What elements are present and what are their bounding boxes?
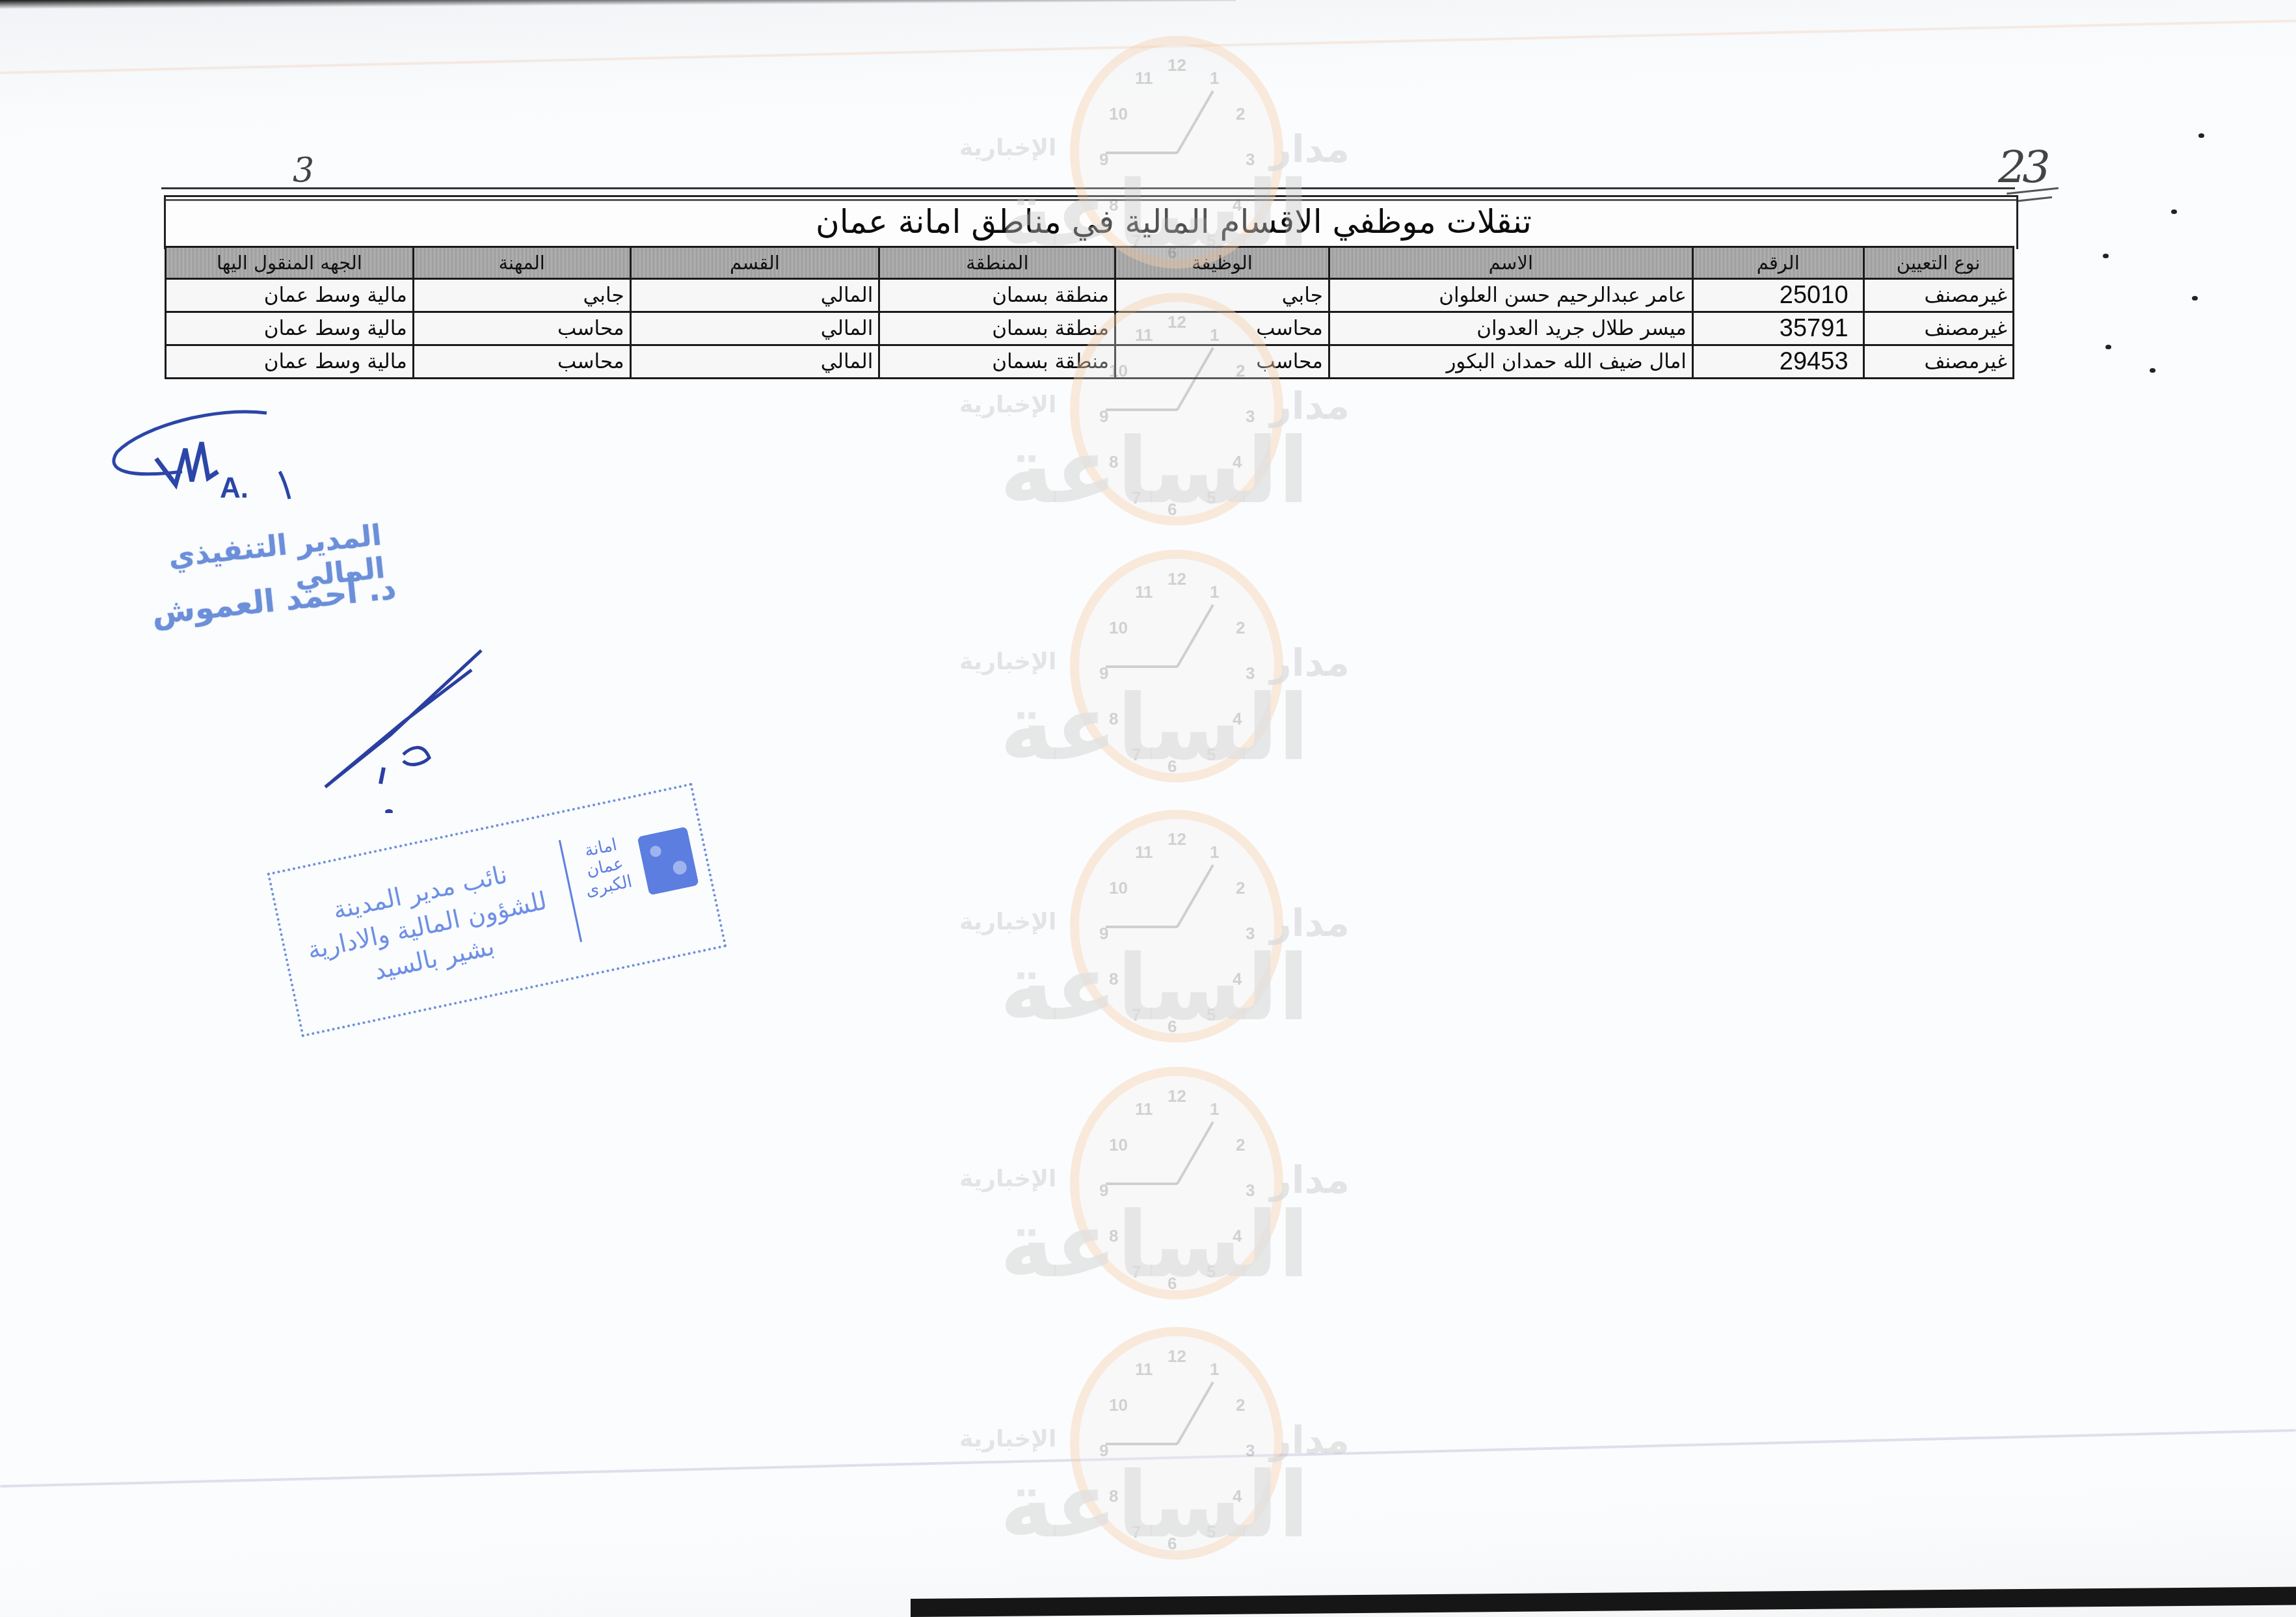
clock-numbers: 121234567891011 (1070, 1327, 1283, 1560)
clock-number: 12 (1168, 1346, 1186, 1367)
clock-hand (1176, 864, 1214, 928)
news-site-watermark: 121234567891011 مدار الإخبارية الساعة (959, 1327, 1350, 1561)
cell-region: منطقة بسمان (879, 345, 1115, 379)
clock-number: 7 (1132, 745, 1141, 765)
clock-number: 4 (1233, 452, 1242, 472)
clock-number: 9 (1099, 407, 1108, 427)
scan-dot (2103, 254, 2109, 258)
cell-job: جابي (1115, 279, 1329, 312)
clock-number: 6 (1168, 1017, 1177, 1037)
clock-number: 3 (1246, 663, 1255, 684)
column-header-department: القسم (630, 247, 879, 279)
news-site-watermark: 121234567891011 مدار الإخبارية الساعة (959, 810, 1350, 1044)
watermark-brand-main: الساعة (959, 680, 1350, 777)
clock-number: 11 (1135, 68, 1153, 88)
cell-destination: مالية وسط عمان (166, 345, 414, 379)
cell-job: محاسب (1115, 312, 1329, 345)
cell-name: عامر عبدالرحيم حسن العلوان (1329, 279, 1692, 312)
cell-name: امال ضيف الله حمدان البكور (1329, 345, 1692, 379)
clock-number: 6 (1168, 1274, 1177, 1294)
clock-number: 7 (1132, 1005, 1141, 1025)
clock-number: 8 (1109, 1486, 1118, 1506)
watermark-brand-news: الإخبارية (959, 135, 1056, 161)
clock-number: 11 (1135, 842, 1153, 862)
cell-number: 25010 (1692, 279, 1863, 312)
cell-department: المالي (630, 312, 879, 345)
scan-artifact-line (0, 1429, 2295, 1488)
cell-department: المالي (630, 345, 879, 379)
cell-number: 29453 (1692, 345, 1863, 379)
watermark-brand-main: الساعة (959, 1457, 1350, 1555)
clock-number: 3 (1246, 150, 1255, 170)
watermark-brand-news: الإخبارية (959, 909, 1056, 935)
scan-dot (2198, 133, 2204, 138)
watermark-brand-news: الإخبارية (959, 648, 1056, 675)
clock-numbers: 121234567891011 (1070, 1067, 1283, 1300)
handwritten-underline (2013, 196, 2052, 202)
clock-number: 5 (1207, 1005, 1216, 1025)
clock-number: 8 (1109, 969, 1118, 989)
clock-number: 10 (1109, 1135, 1128, 1155)
clock-number: 7 (1132, 1262, 1141, 1282)
clock-number: 10 (1109, 618, 1128, 638)
handwritten-page-mark-left: 3 (293, 151, 314, 190)
clock-hand (1106, 408, 1177, 411)
scan-edge-bottom (911, 1586, 2296, 1617)
clock-number: 6 (1168, 756, 1177, 777)
clock-number: 10 (1109, 104, 1128, 124)
clock-number: 7 (1132, 488, 1141, 508)
clock-hand (1176, 604, 1214, 667)
cell-appointment-type: غيرمصنف (1863, 312, 2013, 345)
handwritten-page-mark-right: 23 (1998, 142, 2047, 193)
cell-profession: محاسب (413, 345, 630, 379)
cell-region: منطقة بسمان (879, 312, 1115, 345)
news-site-watermark: 121234567891011 مدار الإخبارية الساعة (959, 1067, 1350, 1301)
clock-number: 3 (1246, 924, 1255, 944)
clock-number: 1 (1210, 842, 1219, 862)
watermark-brand-news: الإخبارية (959, 1166, 1056, 1192)
cell-name: ميسر طلال جريد العدوان (1329, 312, 1692, 345)
clock-watermark-icon (1070, 1327, 1283, 1560)
clock-number: 10 (1109, 1395, 1128, 1415)
scanned-document-page: 3 23 تنقلات موظفي الاقسام المالية في منا… (0, 0, 2296, 1617)
cell-destination: مالية وسط عمان (166, 312, 414, 345)
stamp-role: نائب مدير المدينة للشؤون المالية والادار… (283, 848, 571, 1004)
scan-dot (2150, 368, 2156, 373)
clock-number: 1 (1210, 1099, 1219, 1119)
clock-number: 7 (1132, 1522, 1141, 1542)
watermark-brand-main: الساعة (959, 1197, 1350, 1294)
watermark-brand-main: الساعة (959, 940, 1350, 1037)
watermark-brand-madar: مدار (1270, 641, 1350, 685)
scan-dot (2105, 345, 2111, 349)
clock-numbers: 121234567891011 (1070, 550, 1283, 782)
clock-watermark-icon (1070, 810, 1283, 1043)
column-header-number: الرقم (1692, 247, 1863, 279)
clock-number: 5 (1207, 745, 1216, 765)
clock-number: 3 (1246, 407, 1255, 427)
clock-number: 12 (1168, 569, 1186, 589)
clock-hand (1106, 926, 1177, 928)
watermark-brand-madar: مدار (1270, 384, 1350, 428)
clock-hand (1106, 665, 1177, 668)
clock-hand (1176, 90, 1214, 154)
clock-number: 9 (1099, 663, 1108, 684)
column-header-job: الوظيفة (1115, 247, 1329, 279)
cell-region: منطقة بسمان (879, 279, 1115, 312)
cell-number: 35791 (1692, 312, 1863, 345)
watermark-brand-news: الإخبارية (959, 392, 1056, 418)
cell-appointment-type: غيرمصنف (1863, 279, 2013, 312)
clock-number: 4 (1233, 1486, 1242, 1506)
cell-profession: محاسب (413, 312, 630, 345)
watermark-brand-madar: مدار (1270, 127, 1350, 171)
cell-appointment-type: غيرمصنف (1863, 345, 2013, 379)
clock-number: 11 (1135, 582, 1153, 602)
clock-number: 1 (1210, 1359, 1219, 1380)
clock-watermark-icon (1070, 550, 1283, 782)
amman-municipality-logo-icon (637, 827, 699, 896)
clock-number: 2 (1236, 104, 1245, 124)
clock-numbers: 121234567891011 (1070, 810, 1283, 1043)
clock-number: 1 (1210, 68, 1219, 88)
clock-number: 11 (1135, 1359, 1153, 1380)
clock-number: 2 (1236, 1135, 1245, 1155)
signature-initials: A. (220, 472, 248, 504)
clock-hand (1176, 1382, 1214, 1445)
cell-department: المالي (630, 279, 879, 312)
document-title: تنقلات موظفي الاقسام المالية في مناطق ام… (164, 197, 2014, 247)
clock-number: 12 (1168, 55, 1186, 75)
clock-number: 2 (1236, 1395, 1245, 1415)
table-row: غيرمصنف 25010 عامر عبدالرحيم حسن العلوان… (166, 279, 2014, 312)
clock-watermark-icon (1070, 1067, 1283, 1300)
clock-number: 12 (1168, 829, 1186, 849)
cell-job: محاسب (1115, 345, 1329, 379)
clock-number: 8 (1109, 1226, 1118, 1246)
clock-number: 5 (1207, 1522, 1216, 1542)
transfers-table: نوع التعيين الرقم الاسم الوظيفة المنطقة … (165, 246, 2014, 379)
clock-number: 11 (1135, 1099, 1153, 1119)
scan-dot (2192, 296, 2198, 301)
column-header-profession: المهنة (413, 247, 630, 279)
news-site-watermark: 121234567891011 مدار الإخبارية الساعة (959, 550, 1350, 784)
signature-deputy (312, 644, 494, 813)
watermark-brand-madar: مدار (1270, 1158, 1350, 1202)
watermark-brand-madar: مدار (1270, 901, 1350, 945)
column-header-name: الاسم (1329, 247, 1692, 279)
cell-destination: مالية وسط عمان (166, 279, 414, 312)
watermark-brand-news: الإخبارية (959, 1426, 1056, 1452)
clock-number: 8 (1109, 709, 1118, 729)
clock-number: 4 (1233, 969, 1242, 989)
scan-edge-top (0, 0, 1236, 9)
title-rule (161, 187, 2015, 189)
official-stamp: امانة عمان الكبرى نائب مدير المدينة للشؤ… (267, 782, 727, 1037)
column-header-destination: الجهه المنقول اليها (166, 247, 414, 279)
clock-number: 8 (1109, 452, 1118, 472)
clock-number: 3 (1246, 1441, 1255, 1461)
clock-number: 12 (1168, 1086, 1186, 1106)
clock-number: 5 (1207, 1262, 1216, 1282)
clock-number: 4 (1233, 1226, 1242, 1246)
clock-hand (1106, 1183, 1177, 1185)
signature-executive: A. (104, 400, 299, 504)
cell-profession: جابي (413, 279, 630, 312)
table-header-row: نوع التعيين الرقم الاسم الوظيفة المنطقة … (166, 247, 2014, 279)
clock-hand (1176, 1121, 1214, 1184)
clock-hand (1106, 152, 1177, 154)
clock-number: 5 (1207, 488, 1216, 508)
table-row: غيرمصنف 29453 امال ضيف الله حمدان البكور… (166, 345, 2014, 379)
clock-number: 9 (1099, 924, 1108, 944)
scan-dot (2171, 209, 2177, 214)
clock-number: 9 (1099, 1181, 1108, 1201)
watermark-brand-main: الساعة (959, 423, 1350, 520)
clock-number: 6 (1168, 500, 1177, 520)
clock-number: 1 (1210, 582, 1219, 602)
clock-number: 4 (1233, 709, 1242, 729)
clock-number: 6 (1168, 1534, 1177, 1554)
document-title-text: تنقلات موظفي الاقسام المالية في مناطق ام… (816, 203, 1532, 241)
column-header-region: المنطقة (879, 247, 1115, 279)
clock-number: 10 (1109, 878, 1128, 898)
clock-number: 2 (1236, 878, 1245, 898)
table-row: غيرمصنف 35791 ميسر طلال جريد العدوان محا… (166, 312, 2014, 345)
clock-number: 9 (1099, 150, 1108, 170)
clock-number: 3 (1246, 1181, 1255, 1201)
stamp-organization: امانة عمان الكبرى (567, 832, 643, 903)
clock-hand (1106, 1443, 1177, 1445)
scan-artifact-line (0, 20, 2295, 74)
clock-number: 2 (1236, 618, 1245, 638)
column-header-appointment-type: نوع التعيين (1863, 247, 2013, 279)
